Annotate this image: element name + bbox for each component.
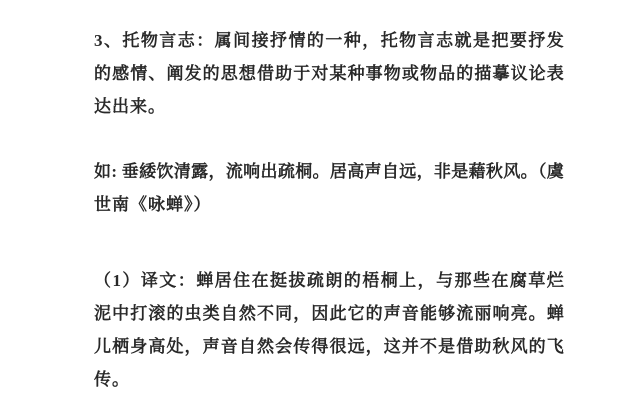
paragraph-example-poem: 如: 垂緌饮清露，流响出疏桐。居高声自远，非是藉秋风。（虞 世南《咏蝉》） bbox=[94, 155, 564, 221]
text-line: 达出来。 bbox=[94, 90, 564, 123]
text-line: 如: 垂緌饮清露，流响出疏桐。居高声自远，非是藉秋风。（虞 bbox=[94, 155, 564, 188]
paragraph-definition: 3、托物言志：属间接抒情的一种，托物言志就是把要抒发 的感情、阐发的思想借助于对… bbox=[94, 24, 564, 123]
document-page: 3、托物言志：属间接抒情的一种，托物言志就是把要抒发 的感情、阐发的思想借助于对… bbox=[0, 0, 640, 400]
text-line: 3、托物言志：属间接抒情的一种，托物言志就是把要抒发 bbox=[94, 24, 564, 57]
text-line: 世南《咏蝉》） bbox=[94, 188, 564, 221]
text-line: （1）译文：蝉居住在挺拔疏朗的梧桐上，与那些在腐草烂 bbox=[94, 264, 564, 297]
paragraph-translation: （1）译文：蝉居住在挺拔疏朗的梧桐上，与那些在腐草烂 泥中打滚的虫类自然不同，因… bbox=[94, 264, 564, 396]
text-line: 儿栖身高处，声音自然会传得很远，这并不是借助秋风的飞 bbox=[94, 330, 564, 363]
text-line: 传。 bbox=[94, 363, 564, 396]
text-line: 的感情、阐发的思想借助于对某种事物或物品的描摹议论表 bbox=[94, 57, 564, 90]
text-block: 3、托物言志：属间接抒情的一种，托物言志就是把要抒发 的感情、阐发的思想借助于对… bbox=[94, 24, 564, 396]
text-line: 泥中打滚的虫类自然不同，因此它的声音能够流丽响亮。蝉 bbox=[94, 297, 564, 330]
